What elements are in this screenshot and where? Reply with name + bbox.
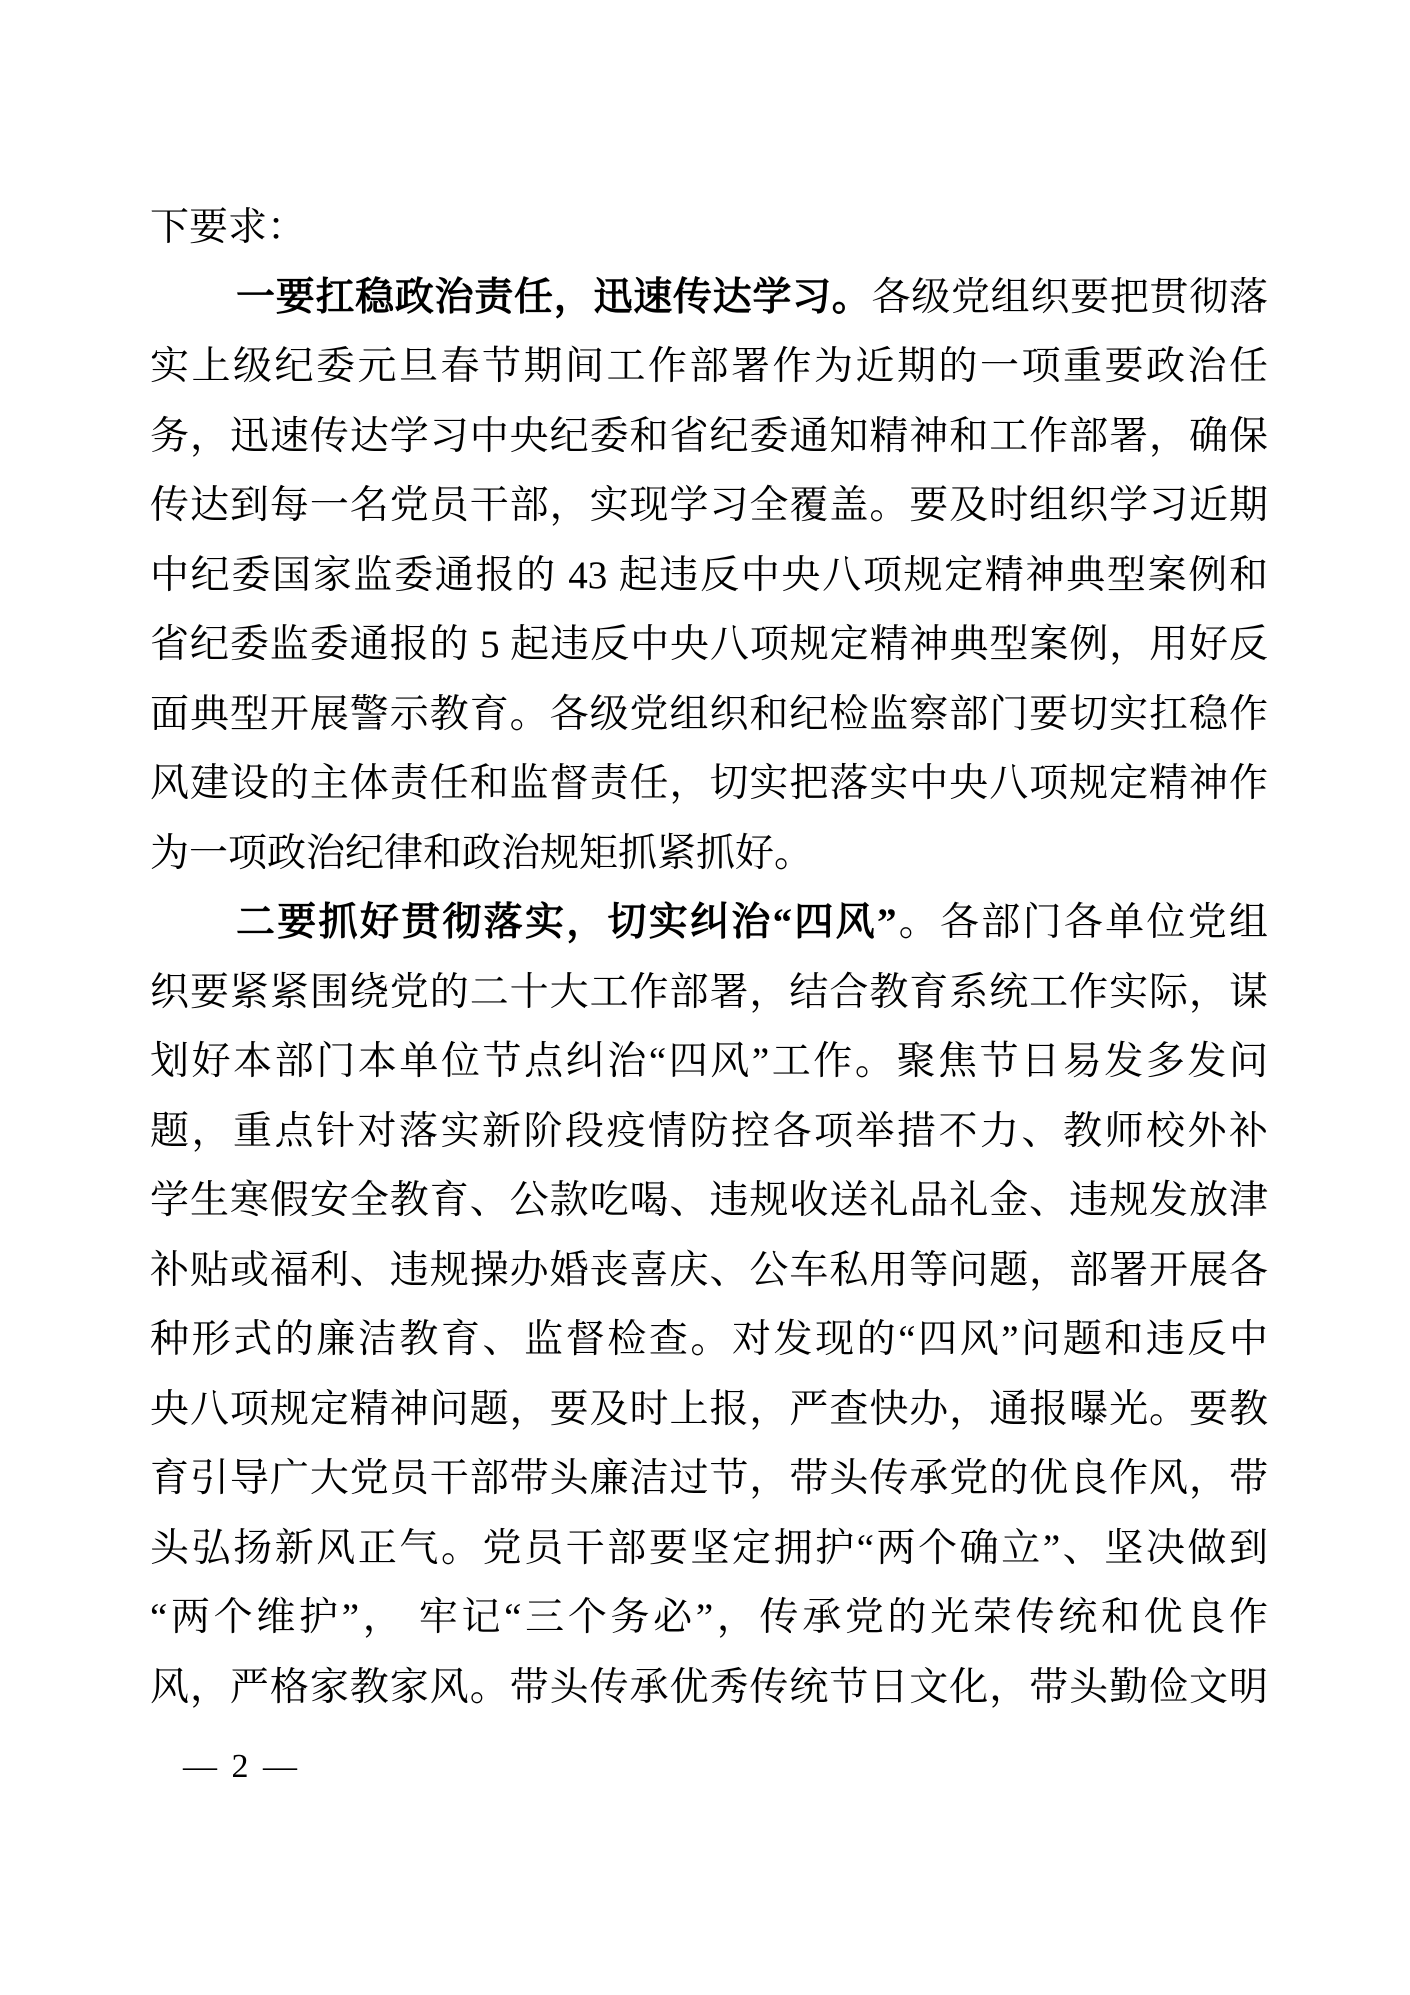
text-line: “两个维护”， 牢记“三个务必”，传承党的光荣传统和优良作 — [150, 1583, 1268, 1653]
text-line: 一要扛稳政治责任，迅速传达学习。各级党组织要把贯彻落 — [150, 263, 1268, 333]
bold-lead-text: 一要扛稳政治责任，迅速传达学习。 — [236, 276, 872, 319]
body-text: 补贴或福利、违规操办婚丧喜庆、公车私用等问题，部署开展各 — [150, 1249, 1268, 1292]
text-line: 二要抓好贯彻落实，切实纠治“四风”。各部门各单位党组 — [150, 888, 1268, 958]
body-text: 风建设的主体责任和监督责任，切实把落实中央八项规定精神作 — [150, 762, 1268, 805]
bold-lead-text: 二要抓好贯彻落实，切实纠治“四风” — [236, 901, 896, 944]
body-text: 育引导广大党员干部带头廉洁过节，带头传承党的优良作风，带 — [150, 1457, 1268, 1500]
body-text: 央八项规定精神问题，要及时上报，严查快办，通报曝光。要教 — [150, 1388, 1268, 1431]
text-line: 种形式的廉洁教育、监督检查。对发现的“四风”问题和违反中 — [150, 1305, 1268, 1375]
text-line: 务，迅速传达学习中央纪委和省纪委通知精神和工作部署，确保 — [150, 402, 1268, 472]
body-text: 题，重点针对落实新阶段疫情防控各项举措不力、教师校外补课、 — [150, 1110, 1268, 1167]
text-line: 育引导广大党员干部带头廉洁过节，带头传承党的优良作风，带 — [150, 1444, 1268, 1514]
text-line: 头弘扬新风正气。党员干部要坚定拥护“两个确立”、坚决做到 — [150, 1514, 1268, 1584]
page-number: — 2 — — [183, 1748, 300, 1786]
body-text: 下要求： — [150, 206, 306, 249]
body-text: 学生寒假安全教育、公款吃喝、违规收送礼品礼金、违规发放津 — [150, 1179, 1268, 1222]
text-line: 为一项政治纪律和政治规矩抓紧抓好。 — [150, 819, 1268, 889]
body-text: 省纪委监委通报的 5 起违反中央八项规定精神典型案例，用好反 — [150, 623, 1268, 666]
body-text: 实上级纪委元旦春节期间工作部署作为近期的一项重要政治任 — [150, 345, 1268, 388]
text-line: 补贴或福利、违规操办婚丧喜庆、公车私用等问题，部署开展各 — [150, 1236, 1268, 1306]
body-text: 传达到每一名党员干部，实现学习全覆盖。要及时组织学习近期 — [150, 484, 1268, 527]
body-text: 中纪委国家监委通报的 43 起违反中央八项规定精神典型案例和 — [150, 554, 1268, 597]
text-line: 实上级纪委元旦春节期间工作部署作为近期的一项重要政治任 — [150, 332, 1268, 402]
text-line: 风，严格家教家风。带头传承优秀传统节日文化，带头勤俭文明 — [150, 1653, 1268, 1723]
body-text: 头弘扬新风正气。党员干部要坚定拥护“两个确立”、坚决做到 — [150, 1527, 1268, 1570]
text-line: 中纪委国家监委通报的 43 起违反中央八项规定精神典型案例和 — [150, 541, 1268, 611]
body-text: 务，迅速传达学习中央纪委和省纪委通知精神和工作部署，确保 — [150, 415, 1268, 458]
body-text: 各级党组织要把贯彻落 — [872, 276, 1268, 319]
body-text: 风，严格家教家风。带头传承优秀传统节日文化，带头勤俭文明 — [150, 1666, 1268, 1709]
body-text: 织要紧紧围绕党的二十大工作部署，结合教育系统工作实际，谋 — [150, 971, 1268, 1014]
document-page: 下要求：一要扛稳政治责任，迅速传达学习。各级党组织要把贯彻落实上级纪委元旦春节期… — [0, 0, 1410, 1995]
text-line: 风建设的主体责任和监督责任，切实把落实中央八项规定精神作 — [150, 749, 1268, 819]
body-text: 划好本部门本单位节点纠治“四风”工作。聚焦节日易发多发问 — [150, 1040, 1268, 1083]
body-text: 为一项政治纪律和政治规矩抓紧抓好。 — [150, 832, 813, 875]
text-line: 织要紧紧围绕党的二十大工作部署，结合教育系统工作实际，谋 — [150, 958, 1268, 1028]
text-line: 学生寒假安全教育、公款吃喝、违规收送礼品礼金、违规发放津 — [150, 1166, 1268, 1236]
text-line: 题，重点针对落实新阶段疫情防控各项举措不力、教师校外补课、 — [150, 1097, 1268, 1167]
body-text: 。各部门各单位党组 — [896, 901, 1268, 944]
text-line: 面典型开展警示教育。各级党组织和纪检监察部门要切实扛稳作 — [150, 680, 1268, 750]
body-text: 种形式的廉洁教育、监督检查。对发现的“四风”问题和违反中 — [150, 1318, 1268, 1361]
body-text: “两个维护”， 牢记“三个务必”，传承党的光荣传统和优良作 — [150, 1596, 1268, 1639]
text-line: 划好本部门本单位节点纠治“四风”工作。聚焦节日易发多发问 — [150, 1027, 1268, 1097]
text-line: 下要求： — [150, 193, 1268, 263]
text-line: 央八项规定精神问题，要及时上报，严查快办，通报曝光。要教 — [150, 1375, 1268, 1445]
document-lines: 下要求：一要扛稳政治责任，迅速传达学习。各级党组织要把贯彻落实上级纪委元旦春节期… — [150, 193, 1268, 1722]
text-line: 省纪委监委通报的 5 起违反中央八项规定精神典型案例，用好反 — [150, 610, 1268, 680]
body-text: 面典型开展警示教育。各级党组织和纪检监察部门要切实扛稳作 — [150, 693, 1268, 736]
text-line: 传达到每一名党员干部，实现学习全覆盖。要及时组织学习近期 — [150, 471, 1268, 541]
